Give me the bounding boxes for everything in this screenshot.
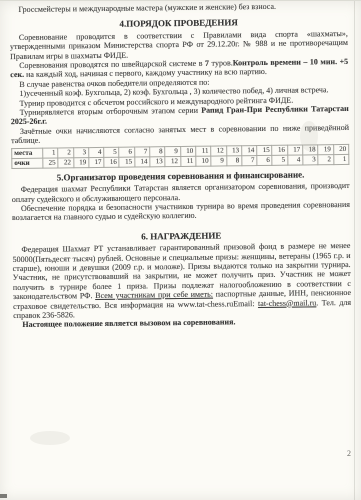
table-cell: 2 — [58, 147, 73, 157]
table-cell: 5 — [104, 147, 119, 157]
table-cell: 19 — [73, 157, 88, 167]
table-cell: 4 — [89, 147, 104, 157]
scan-corner-mark — [0, 494, 7, 498]
points-table-body: места1234567891011121314151617181920очки… — [12, 144, 349, 168]
table-cell: 10 — [180, 146, 195, 156]
table-cell: 9 — [211, 156, 226, 166]
table-cell: 22 — [58, 157, 73, 167]
table-cell: 6 — [119, 147, 134, 157]
scan-smudge — [300, 121, 318, 151]
table-cell: 17 — [89, 157, 104, 167]
table-cell: 13 — [226, 145, 241, 155]
section4-paragraph-7: Зачётные очки начисляются согласно занят… — [11, 123, 349, 146]
text-run: Обеспечение порядка и безопасности участ… — [12, 200, 350, 223]
table-cell: 1 — [43, 148, 58, 158]
table-cell: 13 — [150, 156, 165, 166]
section4-paragraph-1: Соревнование проводится в соответствии с… — [10, 29, 348, 61]
table-cell: 7 — [134, 147, 149, 157]
email-link-text: tat-chess@mail.ru — [258, 298, 316, 308]
table-cell: 14 — [135, 157, 150, 167]
table-cell: 14 — [242, 145, 257, 155]
section6-paragraph-1: Федерация Шахмат РТ устанавливает гарант… — [12, 241, 351, 320]
table-cell: 3 — [303, 155, 318, 165]
points-table: места1234567891011121314151617181920очки… — [11, 144, 349, 169]
table-cell: 15 — [257, 145, 272, 155]
table-cell: 25 — [43, 158, 58, 168]
text-run: Турнирявляется вторым отборочным этапом … — [20, 106, 202, 117]
table-cell: 15 — [119, 157, 134, 167]
section5-paragraph-2: Обеспечение порядка и безопасности участ… — [12, 200, 350, 223]
text-run: Зачётные очки начисляются согласно занят… — [11, 123, 349, 146]
table-cell: 11 — [196, 146, 211, 156]
table-cell: 19 — [318, 144, 333, 154]
table-cell: 8 — [226, 155, 241, 165]
row-label: очки — [12, 158, 43, 168]
scanned-document-page: Гроссмейстеры и международные мастера (м… — [0, 0, 361, 500]
table-cell: 2 — [318, 154, 333, 164]
table-cell: 20 — [333, 144, 348, 154]
text-run: Соревнование проводится в соответствии с… — [10, 29, 348, 61]
table-cell: 12 — [165, 156, 180, 166]
table-cell: 6 — [257, 155, 272, 165]
table-cell: 10 — [196, 156, 211, 166]
scan-smudge — [30, 431, 70, 445]
table-cell: 17 — [287, 145, 302, 155]
table-cell: 12 — [211, 146, 226, 156]
table-cell: 3 — [73, 147, 88, 157]
intro-line: Гроссмейстеры и международные мастера (м… — [9, 1, 347, 15]
text-run: туров. — [211, 58, 232, 67]
table-cell: 16 — [104, 157, 119, 167]
table-cell: 5 — [272, 155, 287, 165]
table-cell: 1 — [333, 154, 348, 164]
table-cell: 8 — [150, 146, 165, 156]
text-run: Гроссмейстеры и международные мастера (м… — [18, 2, 276, 14]
table-cell: 7 — [242, 155, 257, 165]
row-label: места — [12, 148, 43, 158]
document-content: Гроссмейстеры и международные мастера (м… — [9, 1, 351, 330]
table-cell: 16 — [272, 145, 287, 155]
table-cell: 11 — [180, 156, 195, 166]
table-cell: 9 — [165, 146, 180, 156]
page-number: 2 — [347, 449, 351, 458]
table-cell: 4 — [288, 155, 303, 165]
page-edge-shadow — [354, 1, 355, 500]
